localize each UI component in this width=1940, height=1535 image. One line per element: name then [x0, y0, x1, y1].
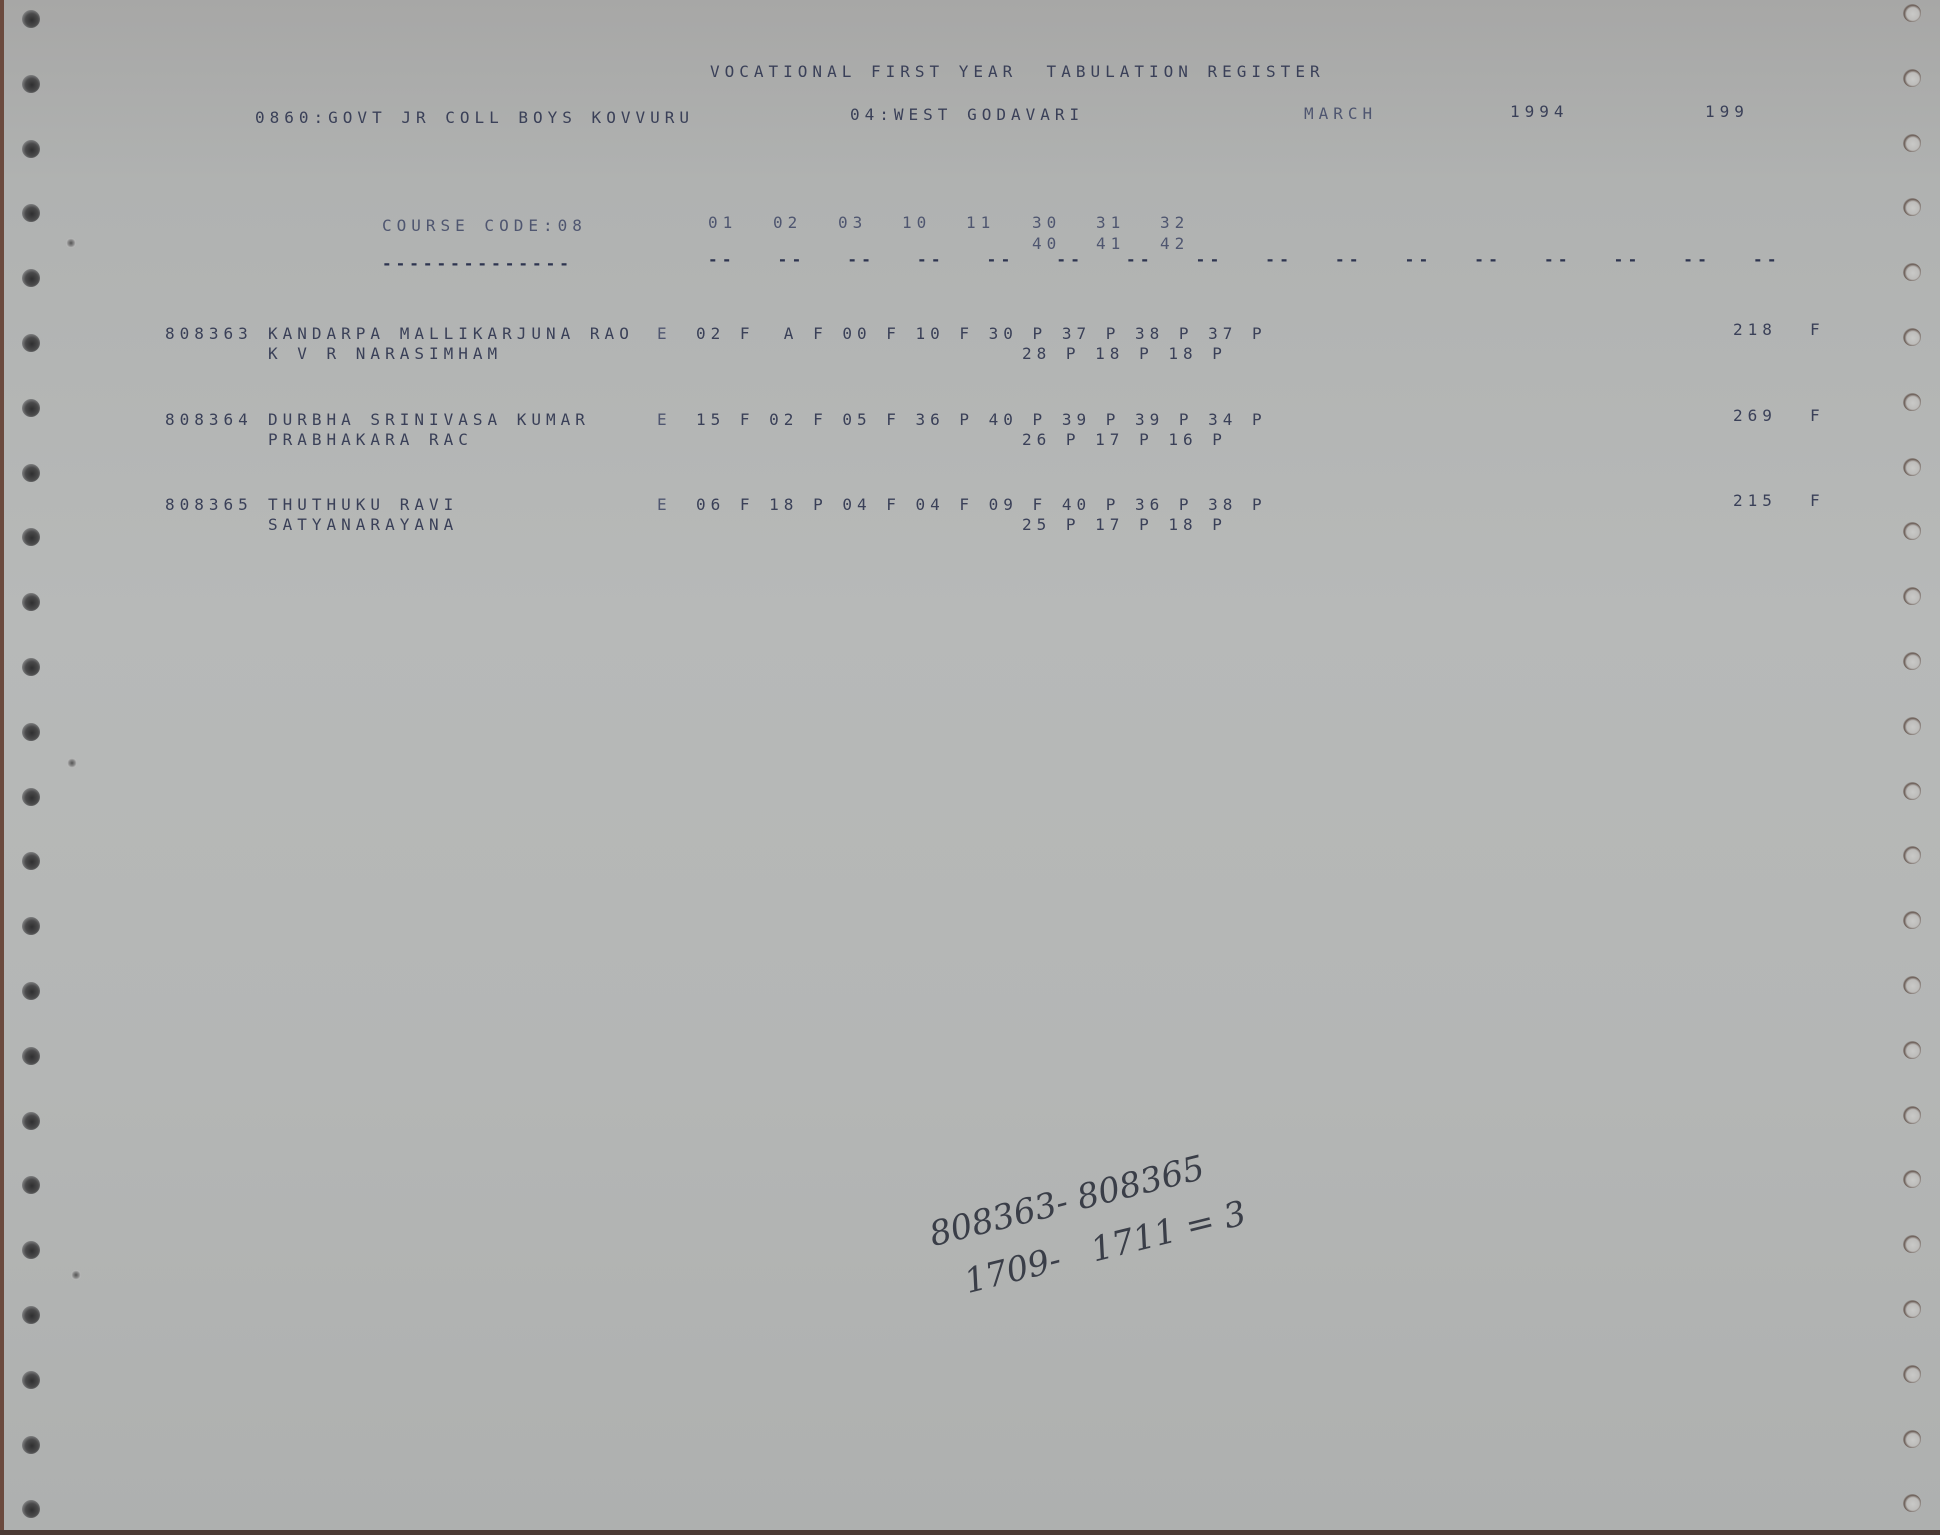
marks-row2: 26 P 17 P 16 P — [1022, 430, 1227, 450]
father-name: K V R NARASIMHAM — [268, 344, 502, 364]
feed-hole-icon — [22, 1500, 40, 1518]
feed-hole-icon — [1903, 522, 1921, 540]
feed-hole-icon — [22, 1176, 40, 1194]
feed-hole-icon — [22, 917, 40, 935]
paper-blemish — [67, 758, 77, 768]
feed-hole-icon — [1903, 1365, 1921, 1383]
column-dashes: -- -- -- -- -- -- -- -- -- -- -- -- -- -… — [708, 250, 1781, 269]
feed-hole-icon — [22, 399, 40, 417]
feed-hole-icon — [22, 1306, 40, 1324]
college-name: 0860:GOVT JR COLL BOYS KOVVURU — [255, 108, 694, 128]
medium-code: E — [657, 410, 672, 430]
feed-hole-icon — [1903, 1300, 1921, 1318]
feed-hole-icon — [22, 334, 40, 352]
feed-hole-icon — [1903, 846, 1921, 864]
feed-hole-icon — [1903, 782, 1921, 800]
feed-hole-icon — [1903, 976, 1921, 994]
subject-code: 03 — [838, 213, 867, 233]
hall-ticket-number: 808363 — [165, 324, 253, 344]
feed-hole-icon — [22, 75, 40, 93]
subject-code: 01 — [708, 213, 737, 233]
feed-hole-icon — [1903, 393, 1921, 411]
feed-hole-icon — [1903, 263, 1921, 281]
marks-row1: 02 F A F 00 F 10 F 30 P 37 P 38 P 37 P — [696, 324, 1267, 344]
student-name: THUTHUKU RAVI — [268, 495, 458, 515]
feed-hole-icon — [1903, 1430, 1921, 1448]
feed-hole-icon — [22, 1436, 40, 1454]
page-number: 199 — [1705, 102, 1749, 122]
total-marks: 269 — [1733, 406, 1777, 426]
feed-hole-icon — [1903, 198, 1921, 216]
feed-hole-icon — [22, 1047, 40, 1065]
feed-hole-icon — [1903, 1041, 1921, 1059]
hall-ticket-number: 808364 — [165, 410, 253, 430]
feed-hole-icon — [22, 852, 40, 870]
marks-row1: 15 F 02 F 05 F 36 P 40 P 39 P 39 P 34 P — [696, 410, 1267, 430]
feed-hole-icon — [22, 788, 40, 806]
feed-hole-icon — [22, 464, 40, 482]
feed-hole-icon — [22, 1371, 40, 1389]
feed-hole-icon — [1903, 4, 1921, 22]
feed-hole-icon — [22, 140, 40, 158]
feed-hole-icon — [22, 723, 40, 741]
feed-hole-icon — [1903, 1170, 1921, 1188]
feed-hole-icon — [1903, 1106, 1921, 1124]
feed-hole-icon — [1903, 328, 1921, 346]
feed-hole-icon — [1903, 652, 1921, 670]
subject-code: 30 — [1032, 213, 1061, 233]
feed-hole-icon — [22, 269, 40, 287]
feed-hole-icon — [22, 10, 40, 28]
course-code-label: COURSE CODE:08 — [382, 216, 587, 236]
subject-code: 10 — [902, 213, 931, 233]
feed-hole-icon — [1903, 911, 1921, 929]
paper-bottom-edge — [0, 1530, 1940, 1535]
hall-ticket-number: 808365 — [165, 495, 253, 515]
paper-left-edge — [0, 0, 4, 1535]
exam-year: 1994 — [1510, 102, 1569, 122]
paper-blemish — [66, 238, 76, 248]
final-result: F — [1810, 491, 1825, 511]
course-code-underline: -------------- — [382, 254, 573, 273]
subject-code: 02 — [773, 213, 802, 233]
marks-row2: 28 P 18 P 18 P — [1022, 344, 1227, 364]
feed-hole-icon — [1903, 1235, 1921, 1253]
feed-hole-icon — [1903, 587, 1921, 605]
feed-hole-icon — [22, 528, 40, 546]
feed-hole-icon — [1903, 134, 1921, 152]
medium-code: E — [657, 495, 672, 515]
district-name: 04:WEST GODAVARI — [850, 105, 1084, 125]
feed-hole-icon — [1903, 717, 1921, 735]
subject-code: 31 — [1096, 213, 1125, 233]
subject-code: 11 — [966, 213, 995, 233]
feed-hole-icon — [22, 658, 40, 676]
feed-hole-icon — [22, 1112, 40, 1130]
feed-hole-icon — [22, 593, 40, 611]
final-result: F — [1810, 406, 1825, 426]
feed-hole-icon — [22, 1241, 40, 1259]
medium-code: E — [657, 324, 672, 344]
student-name: DURBHA SRINIVASA KUMAR — [268, 410, 590, 430]
feed-hole-icon — [1903, 69, 1921, 87]
subject-code: 32 — [1160, 213, 1189, 233]
student-name: KANDARPA MALLIKARJUNA RAO — [268, 324, 634, 344]
father-name: PRABHAKARA RAC — [268, 430, 473, 450]
father-name: SATYANARAYANA — [268, 515, 458, 535]
paper-blemish — [71, 1270, 81, 1280]
feed-hole-icon — [22, 982, 40, 1000]
feed-hole-icon — [1903, 1494, 1921, 1512]
exam-month: MARCH — [1304, 104, 1377, 124]
feed-hole-icon — [1903, 458, 1921, 476]
marks-row2: 25 P 17 P 18 P — [1022, 515, 1227, 535]
marks-row1: 06 F 18 P 04 F 04 F 09 F 40 P 36 P 38 P — [696, 495, 1267, 515]
total-marks: 215 — [1733, 491, 1777, 511]
register-title: VOCATIONAL FIRST YEAR TABULATION REGISTE… — [710, 62, 1325, 82]
total-marks: 218 — [1733, 320, 1777, 340]
final-result: F — [1810, 320, 1825, 340]
feed-hole-icon — [22, 204, 40, 222]
